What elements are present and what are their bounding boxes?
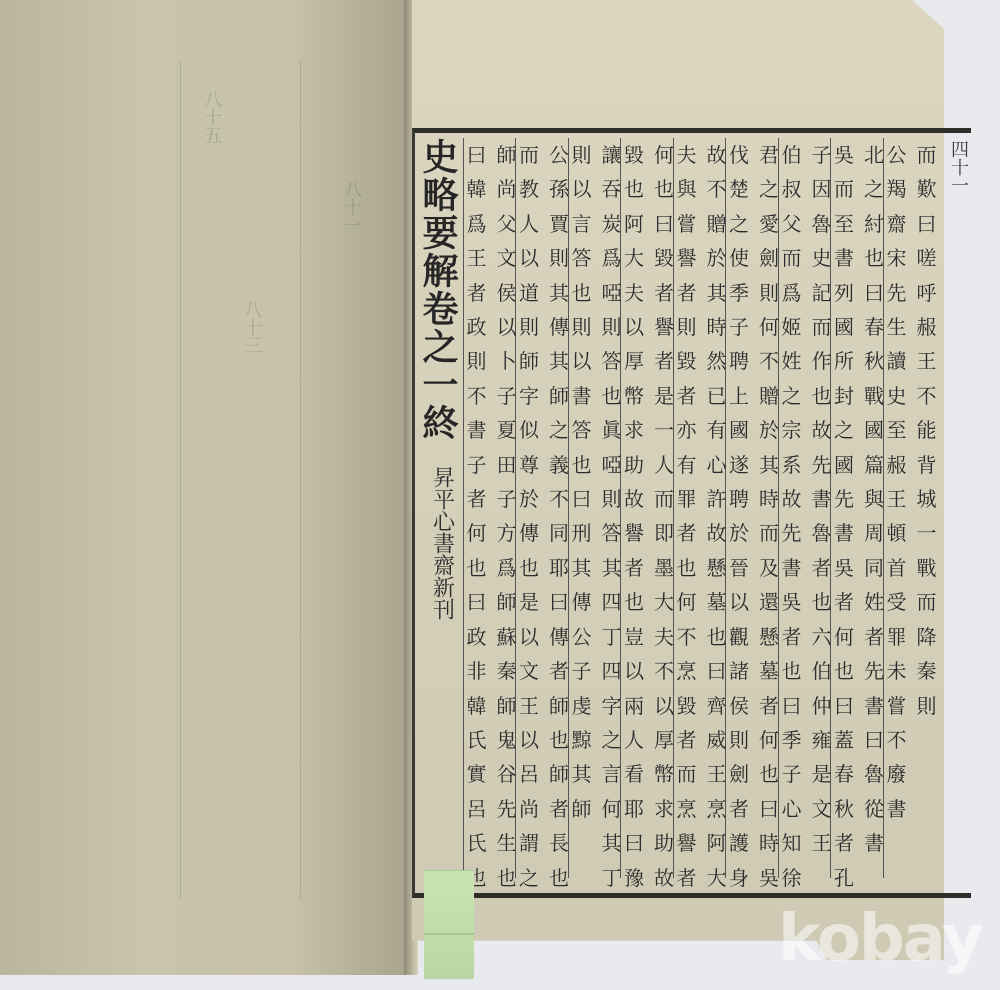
left-page: 八十五 八十三 八十一 [0, 0, 412, 975]
volume-end-title: 史略要解卷之一終 [414, 138, 462, 442]
text-column: 何也曰毀者譽者是一人而即墨大夫不以厚幣求助故毀也阿大夫以厚幣求助故譽者也豈以兩人… [621, 138, 677, 895]
text-line: 則以言答也則以書答也曰刑其傳公子虔黥其師 [569, 138, 595, 895]
text-column: 讓吞炭爲啞則答也眞啞則答其四丁四字之言何其丁則以言答也則以書答也曰刑其傳公子虔黥… [569, 138, 625, 895]
folio-number: 四十一 [945, 140, 971, 194]
text-line: 讓吞炭爲啞則答也眞啞則答其四丁四字之言何其丁 [599, 138, 625, 895]
left-page-fragment: 八十一 [340, 180, 362, 234]
text-column: 君之愛劍則何不贈於其時而及還懸墓者何也曰時吳伐楚之使季子聘上國遂聘於晉以觀諸侯則… [726, 138, 782, 895]
text-line: 毀也阿大夫以厚幣求助故譽者也豈以兩人看耶曰豫 [621, 138, 647, 895]
text-column: 北之紂也曰春秋戰國篇與周同姓者先書曰魯從書吳而至書列國所封之國先書吳者何也曰蓋春… [831, 138, 887, 895]
text-line: 伐楚之使季子聘上國遂聘於晉以觀諸侯則劍者護身 [726, 138, 752, 895]
text-line: 公孫賈則其傳其師之義不同耶曰傳者師也師者長也 [546, 138, 572, 895]
text-line: 故不贈於其時然已有心許故懸墓也曰齊威王烹阿大 [704, 138, 730, 895]
publisher-imprint: 昇平心書齋新刊 [424, 466, 460, 620]
text-line: 夫與嘗譽者則毀者亦有罪者也何不烹毀者而烹譽者 [674, 138, 700, 895]
title-text: 史略要解卷之一終 [417, 138, 459, 442]
left-page-fragment: 八十三 [240, 300, 262, 354]
imprint-text: 昇平心書齋新刊 [425, 466, 460, 620]
text-line: 何也曰毀者譽者是一人而即墨大夫不以厚幣求助故 [651, 138, 677, 895]
text-column: 而歎曰嗟呼赧王不能背城一戰而降秦則公羯齋宋先生讀史至赧王頓首受罪未嘗不廢書 [884, 138, 940, 826]
text-line: 而歎曰嗟呼赧王不能背城一戰而降秦則 [914, 138, 940, 826]
left-page-rule [180, 60, 181, 900]
text-column: 師尚父文侯以卜子夏田子方爲師蘇秦師鬼谷先生也曰韓爲王者政則不書子者何也曰政非韓氏… [464, 138, 520, 895]
text-line: 曰韓爲王者政則不書子者何也曰政非韓氏實呂氏也 [464, 138, 490, 895]
text-line: 伯叔父而爲姬姓之宗系故先書吳者也曰季子心知徐 [779, 138, 805, 895]
left-page-fragment: 八十五 [200, 90, 222, 144]
folio-text: 四十一 [942, 140, 974, 194]
sticky-tab [424, 870, 474, 979]
text-line: 吳而至書列國所封之國先書吳者何也曰蓋春秋者孔 [831, 138, 857, 895]
text-column: 子因魯史記而作也故先書魯者也六伯仲雍是文王伯叔父而爲姬姓之宗系故先書吳者也曰季子… [779, 138, 835, 895]
text-line: 子因魯史記而作也故先書魯者也六伯仲雍是文王 [809, 138, 835, 895]
text-line: 北之紂也曰春秋戰國篇與周同姓者先書曰魯從書 [861, 138, 887, 895]
text-line: 而教人以道則師字似尊於傳也是以文王以呂尚謂之 [516, 138, 542, 895]
text-column: 公孫賈則其傳其師之義不同耶曰傳者師也師者長也而教人以道則師字似尊於傳也是以文王以… [516, 138, 572, 895]
left-page-rule [300, 60, 301, 900]
text-line: 君之愛劍則何不贈於其時而及還懸墓者何也曰時吳 [756, 138, 782, 895]
text-column: 故不贈於其時然已有心許故懸墓也曰齊威王烹阿大夫與嘗譽者則毀者亦有罪者也何不烹毀者… [674, 138, 730, 895]
watermark-logo: kobay [778, 902, 982, 976]
text-line: 公羯齋宋先生讀史至赧王頓首受罪未嘗不廢書 [884, 138, 910, 826]
column-rule [463, 138, 464, 878]
text-line: 師尚父文侯以卜子夏田子方爲師蘇秦師鬼谷先生也 [494, 138, 520, 895]
